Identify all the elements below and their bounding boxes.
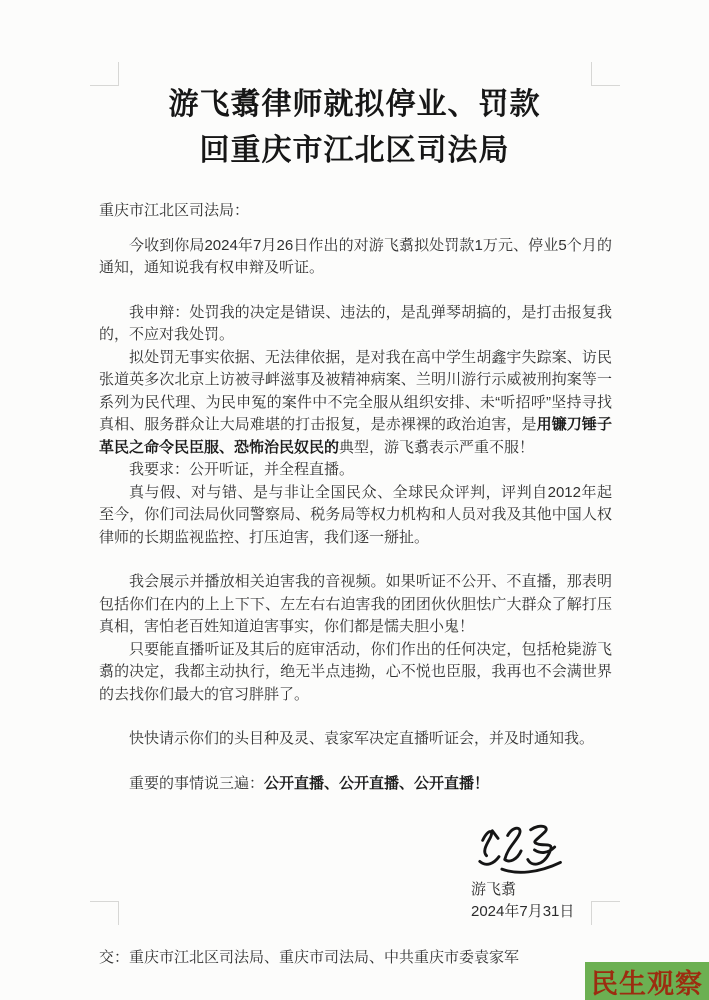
letter-title-line-2: 回重庆市江北区司法局 [0,128,709,174]
text-segment: 拟处罚无事实依据、无法律依据，是对我在高中学生胡鑫宇失踪案、访民张道英多次北京上… [99,349,612,434]
margin-crop-mark-top-right [591,62,620,86]
margin-crop-mark-top-left [90,62,119,86]
letter-paragraphs: 今收到你局2024年7月26日作出的对游飞翥拟处罚款1万元、停业5个月的通知，通… [99,235,612,796]
paragraph: 拟处罚无事实依据、无法律依据，是对我在高中学生胡鑫宇失踪案、访民张道英多次北京上… [99,347,612,460]
minsheng-guancha-watermark: 民生观察 [585,962,709,1000]
text-segment: 我要求：公开听证，并全程直播。 [129,461,354,478]
letter-body-block: 重庆市江北区司法局： 今收到你局2024年7月26日作出的对游飞翥拟处罚款1万元… [99,200,612,970]
text-segment: 我申辩：处罚我的决定是错误、违法的，是乱弹琴胡搞的，是打击报复我的，不应对我处罚… [99,304,612,344]
paragraph: 真与假、对与错、是与非让全国民众、全球民众评判，评判自2012年起至今，你们司法… [99,482,612,550]
handwritten-signature [475,819,571,877]
paragraph: 快快请示你们的头目种及灵、袁家军决定直播听证会，并及时通知我。 [99,728,612,751]
margin-crop-mark-bottom-left [90,901,119,925]
letter-page: 游飞翥律师就拟停业、罚款 回重庆市江北区司法局 重庆市江北区司法局： 今收到你局… [0,0,709,1000]
paragraph: 只要能直播听证及其后的庭审活动，你们作出的任何决定，包括枪毙游飞翥的决定，我都主… [99,639,612,707]
signature-block: 游飞翥 2024年7月31日 [471,819,651,923]
paragraph: 我申辩：处罚我的决定是错误、违法的，是乱弹琴胡搞的，是打击报复我的，不应对我处罚… [99,302,612,347]
signature-name: 游飞翥 [471,879,651,901]
bold-text-segment: 公开直播、公开直播、公开直播！ [264,775,489,792]
salutation: 重庆市江北区司法局： [99,200,612,223]
paragraph: 我会展示并播放相关迫害我的音视频。如果听证不公开、不直播，那表明包括你们在内的上… [99,571,612,639]
letter-title: 游飞翥律师就拟停业、罚款 回重庆市江北区司法局 [0,82,709,174]
text-segment: 只要能直播听证及其后的庭审活动，你们作出的任何决定，包括枪毙游飞翥的决定，我都主… [99,641,612,703]
paragraph: 今收到你局2024年7月26日作出的对游飞翥拟处罚款1万元、停业5个月的通知，通… [99,235,612,280]
margin-crop-mark-bottom-right [591,901,620,925]
signature-date: 2024年7月31日 [471,901,651,923]
paragraph: 重要的事情说三遍：公开直播、公开直播、公开直播！ [99,773,612,796]
text-segment: 真与假、对与错、是与非让全国民众、全球民众评判，评判自2012年起至今，你们司法… [99,484,612,546]
text-segment: 重要的事情说三遍： [129,775,264,792]
letter-title-line-1: 游飞翥律师就拟停业、罚款 [0,82,709,128]
text-segment: 典型，游飞翥表示严重不服！ [339,439,534,456]
paragraph: 我要求：公开听证，并全程直播。 [99,459,612,482]
cc-line: 交：重庆市江北区司法局、重庆市司法局、中共重庆市委袁家军 [99,947,612,970]
text-segment: 快快请示你们的头目种及灵、袁家军决定直播听证会，并及时通知我。 [129,730,594,747]
text-segment: 今收到你局2024年7月26日作出的对游飞翥拟处罚款1万元、停业5个月的通知，通… [99,237,612,277]
text-segment: 我会展示并播放相关迫害我的音视频。如果听证不公开、不直播，那表明包括你们在内的上… [99,573,612,635]
